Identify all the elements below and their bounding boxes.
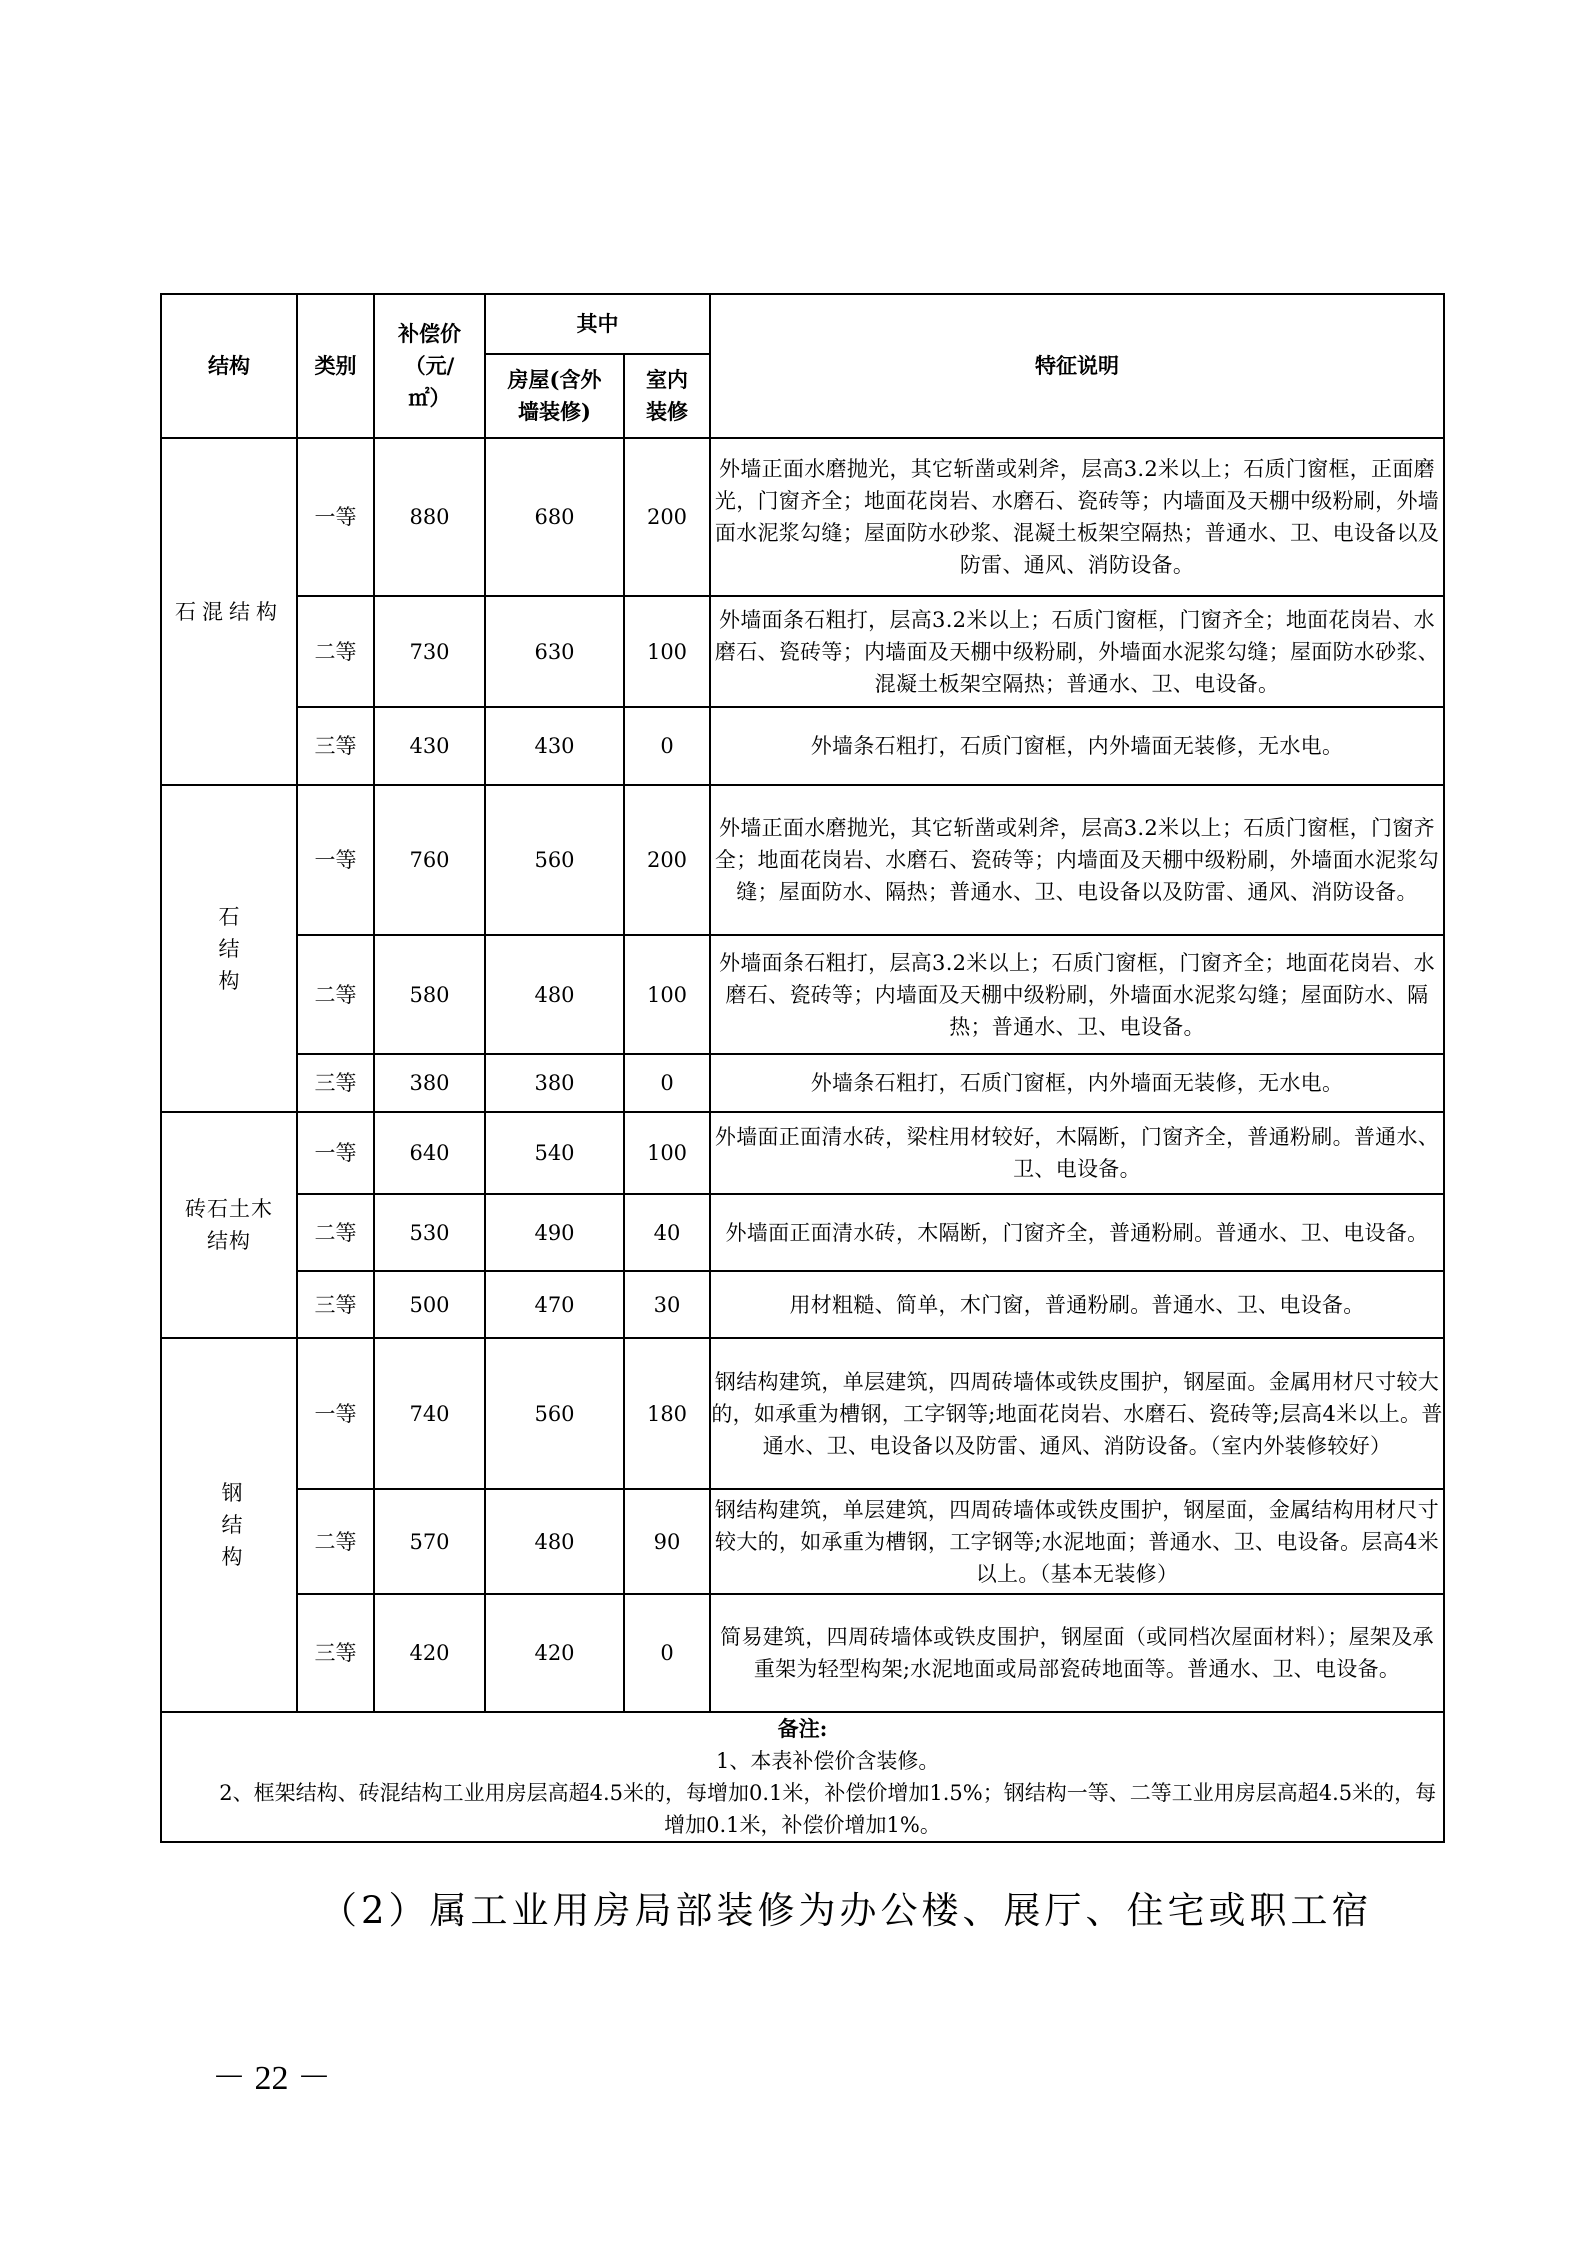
description-cell: 简易建筑，四周砖墙体或铁皮围护，钢屋面（或同档次屋面材料）；屋架及承重架为轻型构… <box>710 1594 1444 1712</box>
header-building: 房屋(含外墙装修) <box>485 354 624 438</box>
interior-cell: 180 <box>624 1338 710 1489</box>
price-cell: 430 <box>374 707 485 785</box>
table-row: 三等 420 420 0 简易建筑，四周砖墙体或铁皮围护，钢屋面（或同档次屋面材… <box>161 1594 1444 1712</box>
price-cell: 580 <box>374 935 485 1054</box>
page-number: － 22 － <box>212 2050 331 2099</box>
building-cell: 470 <box>485 1271 624 1338</box>
price-cell: 530 <box>374 1194 485 1271</box>
building-cell: 560 <box>485 785 624 935</box>
document-page: 结构 类别 补偿价 （元/ ㎡） 其中 特征说明 房屋(含外墙装修) 室内装修 … <box>0 0 1587 2245</box>
building-cell: 630 <box>485 596 624 707</box>
table-row: 钢结构 一等 740 560 180 钢结构建筑，单层建筑，四周砖墙体或铁皮围护… <box>161 1338 1444 1489</box>
price-cell: 420 <box>374 1594 485 1712</box>
price-cell: 380 <box>374 1054 485 1112</box>
grade-cell: 三等 <box>297 1271 374 1338</box>
table-row: 砖石土木结构 一等 640 540 100 外墙面正面清水砖，梁柱用材较好，木隔… <box>161 1112 1444 1194</box>
interior-cell: 100 <box>624 935 710 1054</box>
price-cell: 740 <box>374 1338 485 1489</box>
description-cell: 用材粗糙、简单，木门窗，普通粉刷。普通水、卫、电设备。 <box>710 1271 1444 1338</box>
interior-cell: 100 <box>624 596 710 707</box>
building-cell: 420 <box>485 1594 624 1712</box>
price-cell: 880 <box>374 438 485 596</box>
interior-cell: 100 <box>624 1112 710 1194</box>
structure-cell: 石结构 <box>161 785 297 1112</box>
price-cell: 570 <box>374 1489 485 1594</box>
grade-cell: 三等 <box>297 1594 374 1712</box>
header-price-line2: （元/ <box>375 350 484 382</box>
price-cell: 730 <box>374 596 485 707</box>
structure-cell: 石混结构 <box>161 438 297 785</box>
header-price: 补偿价 （元/ ㎡） <box>374 294 485 438</box>
description-cell: 外墙正面水磨抛光，其它斩凿或剁斧，层高3.2米以上；石质门窗框，门窗齐全；地面花… <box>710 785 1444 935</box>
section-heading: （2）属工业用房局部装修为办公楼、展厅、住宅或职工宿 <box>320 1880 1373 1934</box>
interior-cell: 30 <box>624 1271 710 1338</box>
header-category: 类别 <box>297 294 374 438</box>
building-cell: 560 <box>485 1338 624 1489</box>
compensation-price-table: 结构 类别 补偿价 （元/ ㎡） 其中 特征说明 房屋(含外墙装修) 室内装修 … <box>160 293 1445 1843</box>
grade-cell: 一等 <box>297 438 374 596</box>
building-cell: 480 <box>485 1489 624 1594</box>
grade-cell: 二等 <box>297 1194 374 1271</box>
header-interior: 室内装修 <box>624 354 710 438</box>
description-cell: 钢结构建筑，单层建筑，四周砖墙体或铁皮围护，钢屋面，金属结构用材尺寸较大的，如承… <box>710 1489 1444 1594</box>
description-cell: 外墙面正面清水砖，梁柱用材较好，木隔断，门窗齐全，普通粉刷。普通水、卫、电设备。 <box>710 1112 1444 1194</box>
grade-cell: 三等 <box>297 707 374 785</box>
building-cell: 380 <box>485 1054 624 1112</box>
table-row: 二等 580 480 100 外墙面条石粗打，层高3.2米以上；石质门窗框，门窗… <box>161 935 1444 1054</box>
building-cell: 490 <box>485 1194 624 1271</box>
header-description: 特征说明 <box>710 294 1444 438</box>
table-row: 二等 530 490 40 外墙面正面清水砖，木隔断，门窗齐全，普通粉刷。普通水… <box>161 1194 1444 1271</box>
description-cell: 钢结构建筑，单层建筑，四周砖墙体或铁皮围护，钢屋面。金属用材尺寸较大的，如承重为… <box>710 1338 1444 1489</box>
structure-cell: 砖石土木结构 <box>161 1112 297 1338</box>
table-row: 石混结构 一等 880 680 200 外墙正面水磨抛光，其它斩凿或剁斧，层高3… <box>161 438 1444 596</box>
table-row: 三等 380 380 0 外墙条石粗打，石质门窗框，内外墙面无装修，无水电。 <box>161 1054 1444 1112</box>
notes-title: 备注: <box>162 1713 1443 1745</box>
notes-item-1: 1、本表补偿价含装修。 <box>162 1745 1443 1777</box>
price-cell: 500 <box>374 1271 485 1338</box>
table-row: 三等 500 470 30 用材粗糙、简单，木门窗，普通粉刷。普通水、卫、电设备… <box>161 1271 1444 1338</box>
interior-cell: 200 <box>624 438 710 596</box>
description-cell: 外墙正面水磨抛光，其它斩凿或剁斧，层高3.2米以上；石质门窗框，正面磨光，门窗齐… <box>710 438 1444 596</box>
building-cell: 430 <box>485 707 624 785</box>
notes-row: 备注: 1、本表补偿价含装修。 2、框架结构、砖混结构工业用房层高超4.5米的，… <box>161 1712 1444 1842</box>
header-structure: 结构 <box>161 294 297 438</box>
description-cell: 外墙条石粗打，石质门窗框，内外墙面无装修，无水电。 <box>710 707 1444 785</box>
interior-cell: 0 <box>624 1594 710 1712</box>
header-row: 结构 类别 补偿价 （元/ ㎡） 其中 特征说明 <box>161 294 1444 354</box>
description-cell: 外墙面正面清水砖，木隔断，门窗齐全，普通粉刷。普通水、卫、电设备。 <box>710 1194 1444 1271</box>
table-row: 二等 730 630 100 外墙面条石粗打，层高3.2米以上；石质门窗框，门窗… <box>161 596 1444 707</box>
grade-cell: 三等 <box>297 1054 374 1112</box>
notes-cell: 备注: 1、本表补偿价含装修。 2、框架结构、砖混结构工业用房层高超4.5米的，… <box>161 1712 1444 1842</box>
building-cell: 680 <box>485 438 624 596</box>
grade-cell: 二等 <box>297 1489 374 1594</box>
building-cell: 480 <box>485 935 624 1054</box>
header-of-which: 其中 <box>485 294 710 354</box>
grade-cell: 一等 <box>297 1112 374 1194</box>
price-cell: 760 <box>374 785 485 935</box>
interior-cell: 90 <box>624 1489 710 1594</box>
header-price-line3: ㎡） <box>375 382 484 414</box>
building-cell: 540 <box>485 1112 624 1194</box>
table-row: 二等 570 480 90 钢结构建筑，单层建筑，四周砖墙体或铁皮围护，钢屋面，… <box>161 1489 1444 1594</box>
interior-cell: 40 <box>624 1194 710 1271</box>
grade-cell: 二等 <box>297 596 374 707</box>
description-cell: 外墙面条石粗打，层高3.2米以上；石质门窗框，门窗齐全；地面花岗岩、水磨石、瓷砖… <box>710 935 1444 1054</box>
interior-cell: 200 <box>624 785 710 935</box>
grade-cell: 一等 <box>297 785 374 935</box>
structure-cell: 钢结构 <box>161 1338 297 1712</box>
grade-cell: 二等 <box>297 935 374 1054</box>
price-cell: 640 <box>374 1112 485 1194</box>
header-price-line1: 补偿价 <box>375 318 484 350</box>
notes-item-2: 2、框架结构、砖混结构工业用房层高超4.5米的，每增加0.1米，补偿价增加1.5… <box>162 1777 1443 1841</box>
description-cell: 外墙条石粗打，石质门窗框，内外墙面无装修，无水电。 <box>710 1054 1444 1112</box>
table-row: 三等 430 430 0 外墙条石粗打，石质门窗框，内外墙面无装修，无水电。 <box>161 707 1444 785</box>
grade-cell: 一等 <box>297 1338 374 1489</box>
interior-cell: 0 <box>624 1054 710 1112</box>
description-cell: 外墙面条石粗打，层高3.2米以上；石质门窗框，门窗齐全；地面花岗岩、水磨石、瓷砖… <box>710 596 1444 707</box>
interior-cell: 0 <box>624 707 710 785</box>
table-row: 石结构 一等 760 560 200 外墙正面水磨抛光，其它斩凿或剁斧，层高3.… <box>161 785 1444 935</box>
